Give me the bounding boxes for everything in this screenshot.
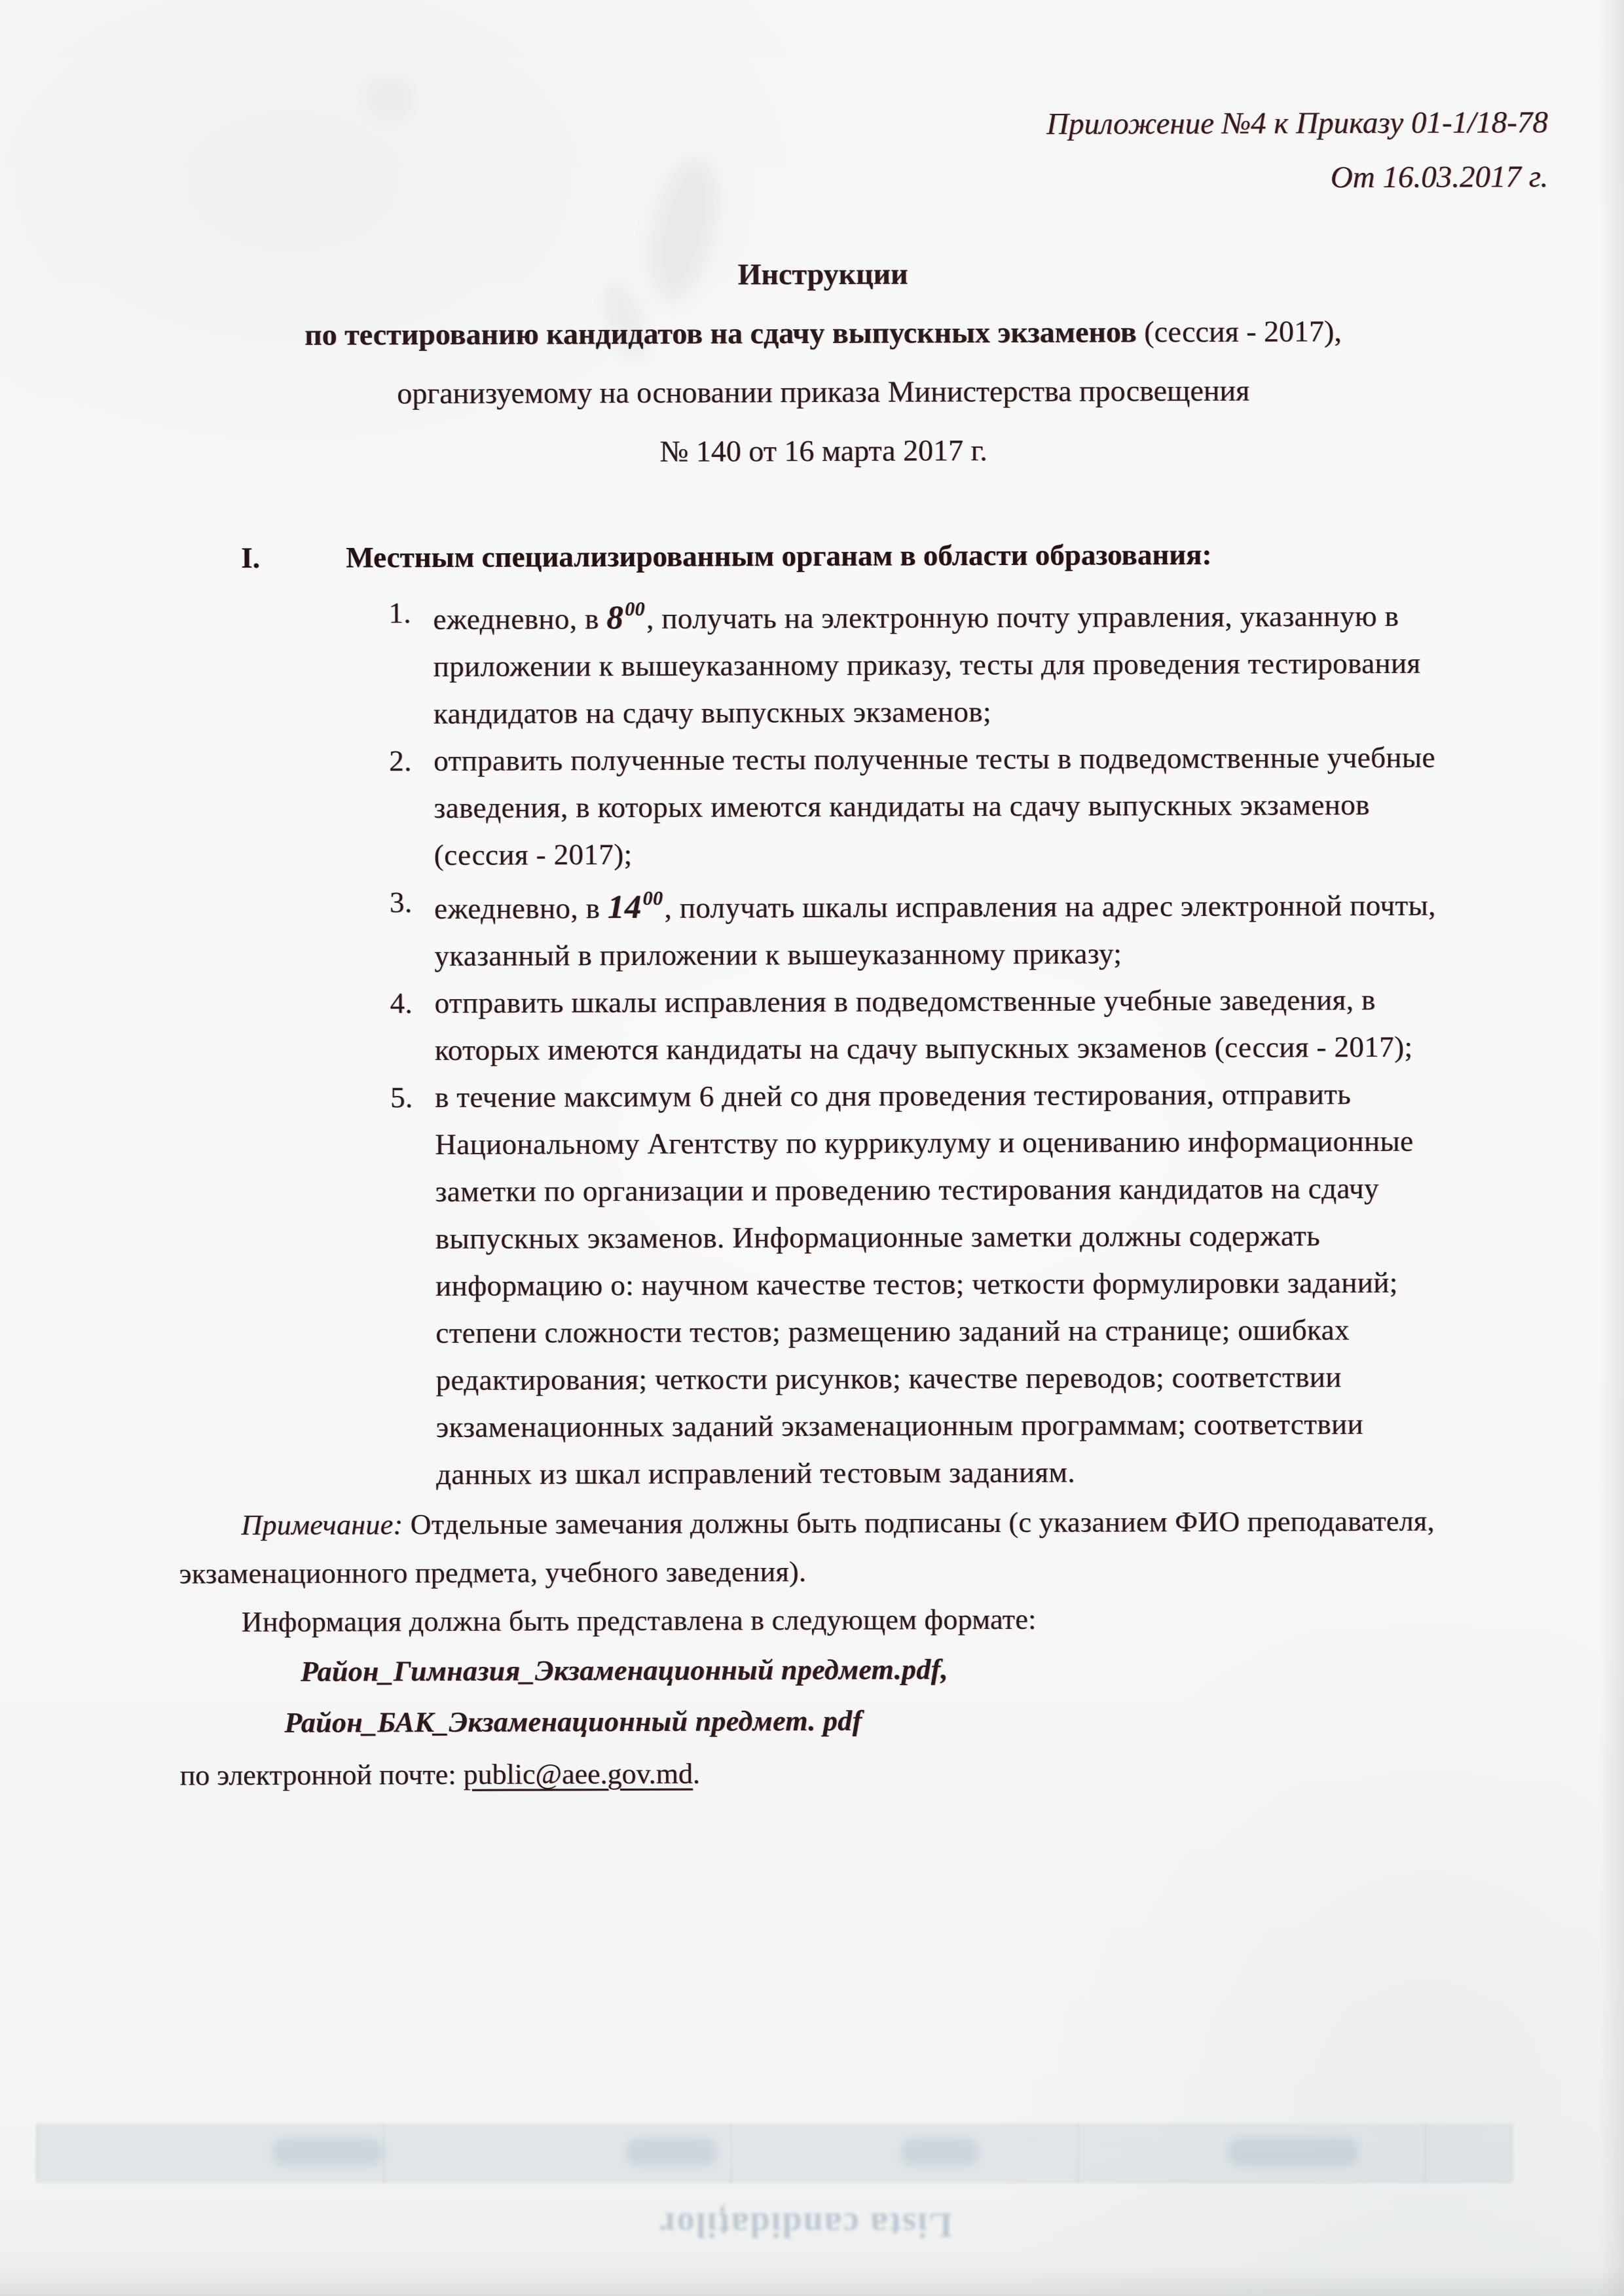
list-item-text: ежедневно, в 800, получать на электронну… (433, 586, 1462, 737)
section-heading: I. Местным специализированным органам в … (175, 530, 1472, 581)
annex-reference-line: Приложение №4 к Приказу 01-1/18-78 (174, 96, 1548, 155)
time-value: 8 (606, 600, 623, 636)
list-item-number: 1. (388, 589, 434, 737)
subtitle-bold-part: по тестированию кандидатов на сдачу выпу… (304, 315, 1137, 351)
subtitle-basis-line: организуемому на основании приказа Минис… (175, 360, 1471, 424)
scanned-document-page: { "page": { "header": { "line1": "Прилож… (0, 0, 1624, 2296)
document-body: Приложение №4 к Приказу 01-1/18-78 От 16… (0, 0, 1624, 1803)
bleed-through-cell-smudge (900, 2138, 979, 2166)
annex-date-line: От 16.03.2017 г. (174, 150, 1548, 209)
email-line: по электронной почте: public@aee.gov.md. (180, 1744, 1477, 1802)
email-suffix: . (693, 1758, 700, 1790)
bleed-through-reverse-title: Lista candidaților (622, 2205, 989, 2246)
format-intro-line: Информация должна быть представлена в сл… (179, 1594, 1476, 1647)
document-subtitle: по тестированию кандидатов на сдачу выпу… (175, 301, 1471, 365)
list-item-number: 2. (389, 737, 434, 879)
file-format-gymnasium: Район_Гимназия_Экзаменационный предмет.p… (301, 1642, 1476, 1697)
paper-edge-shadow-bottom (0, 2266, 1624, 2296)
email-address-link[interactable]: public@aee.gov.md (463, 1758, 693, 1791)
list-item-text: отправить шкалы исправления в подведомст… (434, 976, 1462, 1074)
time-value: 14 (608, 889, 642, 926)
bleed-through-table-band (36, 2123, 1513, 2183)
time-superscript: 00 (643, 888, 663, 909)
list-item-text: ежедневно, в 1400, получать шкалы исправ… (434, 875, 1463, 979)
subtitle-order-number-line: № 140 от 16 марта 2017 г. (175, 419, 1471, 483)
list-item: 4. отправить шкалы исправления в подведо… (390, 975, 1473, 1074)
annex-header: Приложение №4 к Приказу 01-1/18-78 От 16… (174, 96, 1549, 209)
bleed-through-cell-smudge (625, 2138, 717, 2166)
list-item-number: 3. (390, 879, 435, 979)
list-item-text: в течение максимум 6 дней со дня проведе… (435, 1070, 1464, 1498)
list-item-text: отправить полученные тесты полученные те… (434, 734, 1462, 879)
time-superscript: 00 (625, 598, 645, 620)
paper-edge-shadow-right (1599, 0, 1624, 2296)
file-format-bac: Район_БАК_Экзаменационный предмет. pdf (284, 1693, 1476, 1748)
item-text-segment: ежедневно, в (433, 602, 606, 636)
bleed-through-cell-smudge (1228, 2138, 1359, 2166)
note-paragraph: Примечание: Отдельные замечания должны б… (179, 1497, 1476, 1598)
subtitle-session-part: (сессия - 2017), (1144, 314, 1342, 348)
list-item: 3. ежедневно, в 1400, получать шкалы исп… (390, 875, 1474, 979)
note-label: Примечание: (241, 1508, 403, 1541)
list-item: 5. в течение максимум 6 дней со дня пров… (390, 1070, 1475, 1498)
email-prefix: по электронной почте: (180, 1758, 464, 1792)
bleed-through-cell-smudge (272, 2138, 383, 2166)
section-heading-text: Местным специализированным органам в обл… (346, 532, 1212, 581)
list-item: 2. отправить полученные тесты полученные… (389, 733, 1473, 879)
document-title-block: Инструкции по тестированию кандидатов на… (175, 242, 1472, 483)
numbered-list: 1. ежедневно, в 800, получать на электро… (175, 585, 1475, 1499)
list-item-number: 5. (390, 1074, 436, 1498)
item-text-segment: ежедневно, в (434, 892, 608, 925)
section-numeral: I. (241, 534, 346, 581)
list-item: 1. ежедневно, в 800, получать на электро… (388, 585, 1473, 737)
list-item-number: 4. (390, 979, 435, 1074)
document-title: Инструкции (175, 242, 1471, 306)
